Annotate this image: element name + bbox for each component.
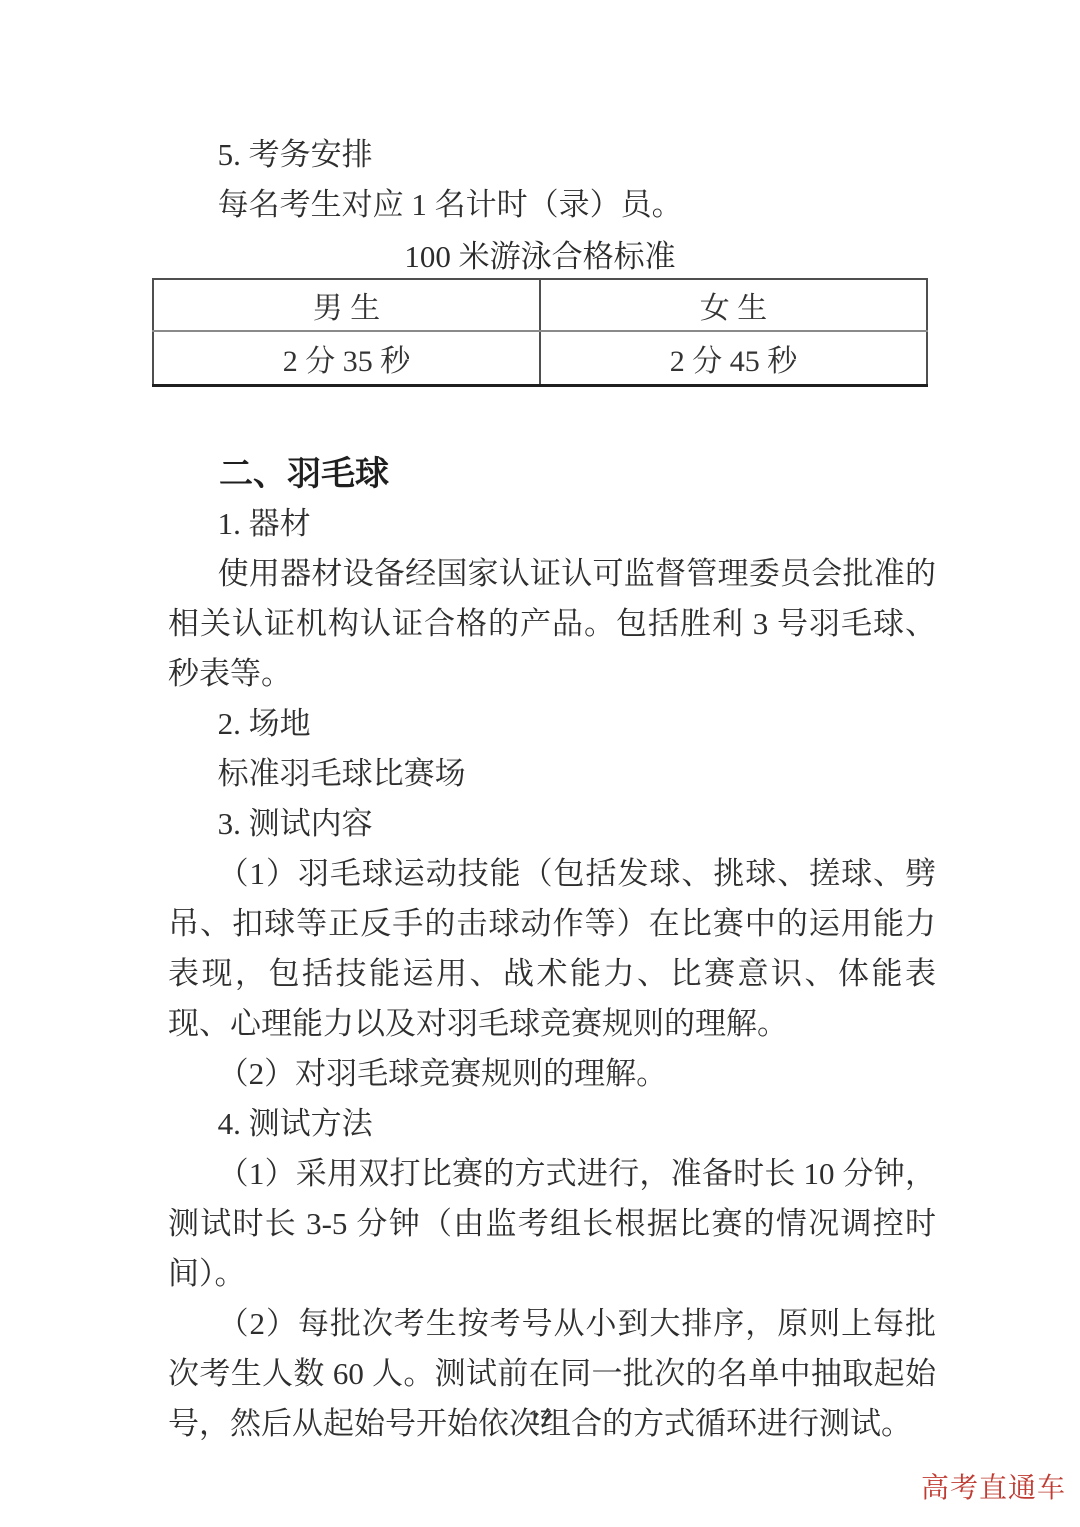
- table-value-row: 2 分 35 秒 2 分 45 秒: [153, 331, 927, 386]
- paragraph-timer-assignment: 每名考生对应 1 名计时（录）员。: [168, 180, 936, 230]
- section-heading-badminton: 二、羽毛球: [168, 449, 936, 499]
- subsection-heading-exam-admin: 5. 考务安排: [168, 130, 936, 180]
- subsection-heading-equipment: 1. 器材: [168, 499, 936, 549]
- paragraph-equipment: 使用器材设备经国家认证认可监督管理委员会批准的相关认证机构认证合格的产品。包括胜…: [168, 549, 936, 699]
- document-page: 5. 考务安排 每名考生对应 1 名计时（录）员。 100 米游泳合格标准 男 …: [0, 0, 1080, 1449]
- paragraph-test-method-1: （1）采用双打比赛的方式进行，准备时长 10 分钟，测试时长 3-5 分钟（由监…: [168, 1149, 936, 1299]
- paragraph-test-content-2: （2）对羽毛球竞赛规则的理解。: [168, 1049, 936, 1099]
- paragraph-venue: 标准羽毛球比赛场: [168, 749, 936, 799]
- swim-standard-table: 男 生 女 生 2 分 35 秒 2 分 45 秒: [152, 278, 928, 387]
- paragraph-test-content-1: （1）羽毛球运动技能（包括发球、挑球、搓球、劈吊、扣球等正反手的击球动作等）在比…: [168, 849, 936, 1049]
- subsection-heading-test-content: 3. 测试内容: [168, 799, 936, 849]
- subsection-heading-test-method: 4. 测试方法: [168, 1099, 936, 1149]
- table-title-swim-standard: 100 米游泳合格标准: [0, 238, 1080, 276]
- table-header-cell-female: 女 生: [540, 279, 927, 331]
- table-header-row: 男 生 女 生: [153, 279, 927, 331]
- table-header-cell-male: 男 生: [153, 279, 540, 331]
- page-number: 17: [0, 1404, 1080, 1434]
- subsection-heading-venue: 2. 场地: [168, 699, 936, 749]
- watermark-gaokao-zhitongche: 高考直通车: [921, 1471, 1066, 1505]
- table-value-cell-female: 2 分 45 秒: [540, 331, 927, 386]
- table-value-cell-male: 2 分 35 秒: [153, 331, 540, 386]
